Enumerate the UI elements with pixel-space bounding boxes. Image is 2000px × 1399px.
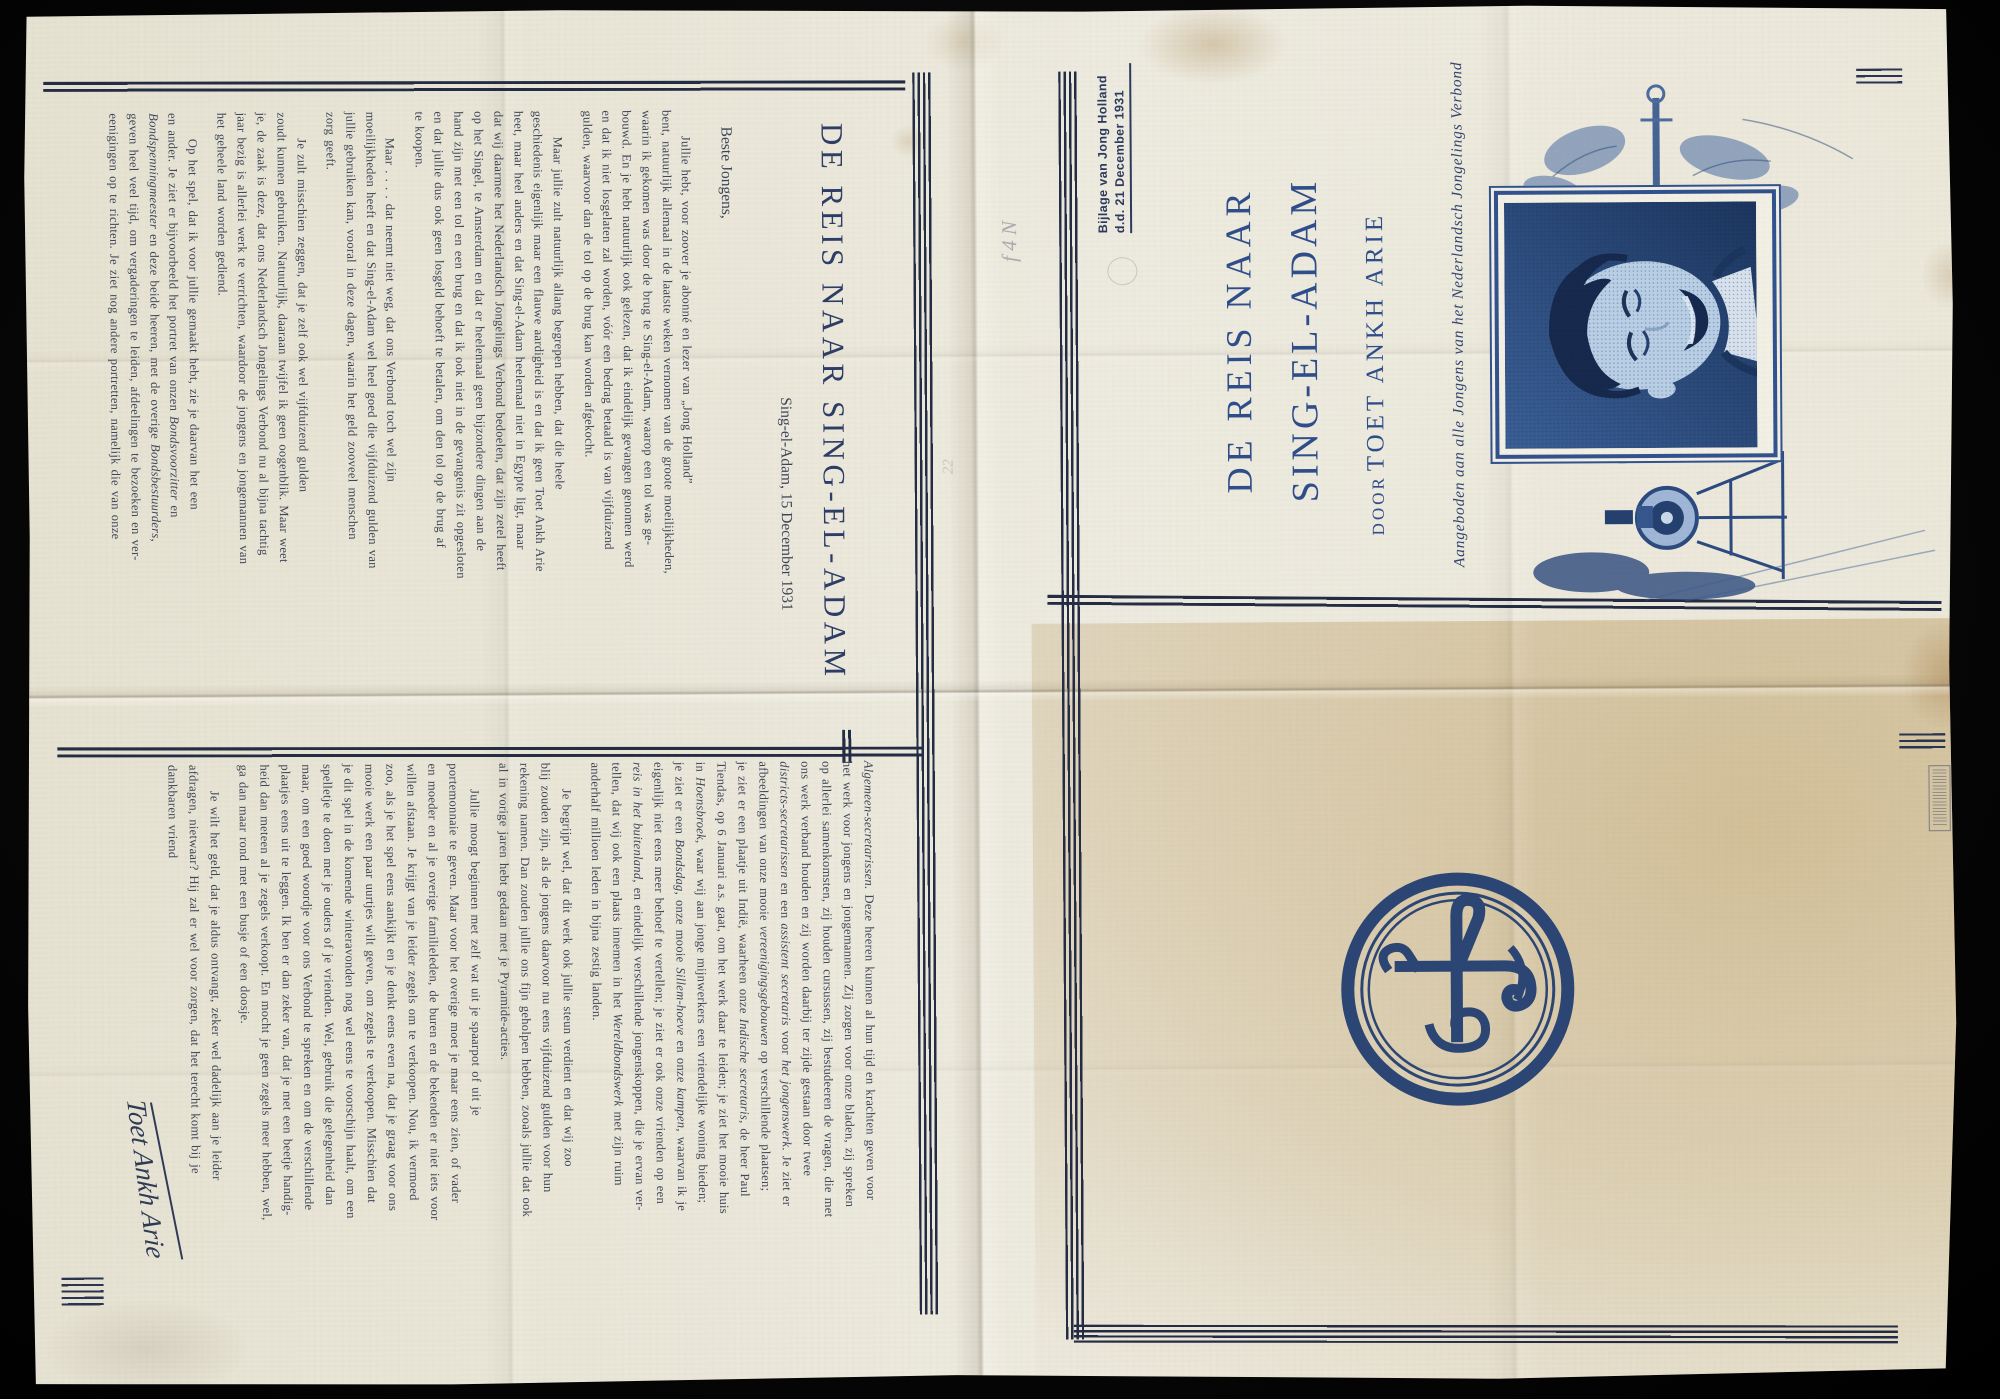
letter-line: anderhalf millioen leden in bijna zestig… <box>584 762 608 1258</box>
letter-line: waarin ik gekomen was door de brug te Si… <box>636 110 659 636</box>
frame-corner-mark-right-middle <box>1899 733 1945 752</box>
letter-line: Algemeen-secretarissen. Deze heeren kunn… <box>857 761 881 1257</box>
frame-rule-left-top <box>43 80 905 92</box>
letter-line: op het Singel, te Amsterdam en dat er he… <box>468 111 491 637</box>
signature-block: Toet Ankh Arie <box>104 1099 179 1319</box>
cover-byline-block: DOOR TOET ANKH ARIE <box>1361 195 1411 551</box>
letter-line: willen afstaan. Je krijgt van je leider … <box>400 763 424 1259</box>
frame-rule-left-divider <box>57 747 923 758</box>
cover-stamp-block: Bijlage van Jong Holland d.d. 21 Decembe… <box>1094 63 1151 233</box>
letter-line: ga dan maar rond met een busje of een do… <box>232 765 256 1261</box>
letter-page2-text: Algemeen-secretarissen. Deze heeren kunn… <box>156 761 881 1261</box>
pencil-number-block: 22 <box>940 440 962 474</box>
stamp-line1: Bijlage van Jong Holland <box>1094 63 1112 233</box>
letter-line: in Hoensbroek, waar wij aan jonge mijnwe… <box>689 762 713 1258</box>
letter-line: afbeeldingen van onze mooie vereenigings… <box>752 761 776 1257</box>
letter-line: Je zult misschien zeggen, dat je zelf oo… <box>290 112 313 638</box>
letter-line: hand zijn met een tol en een brug en dat… <box>448 111 471 637</box>
letter-heading-block: DE REIS NAAR SING-EL-ADAM <box>806 123 857 631</box>
letter-line: portemonnaie te geven. Maar voor het ove… <box>442 763 466 1259</box>
letter-line: spelletje te doen met je ouders of je vr… <box>316 764 340 1260</box>
letter-line: afdragen, nietwaar? Hij zal er wel voor … <box>182 765 206 1261</box>
letter-line: jullie gebruiken kan, vooral in deze dag… <box>339 112 362 638</box>
letter-line: je, de zaak is deze, dat ons Nederlandsc… <box>251 112 274 638</box>
letter-line: Maar jullie zult natuurlijk allang begre… <box>547 111 570 637</box>
letter-line: Bondspenningmeester en deze beide heeren… <box>142 113 165 639</box>
letter-line: bent, natuurlijk allemaal in de laatste … <box>655 110 678 636</box>
pencil-price-mark: f 4 N <box>997 170 1042 262</box>
letter-line: heet, maar heel anders en dat Sing-el-Ad… <box>507 111 530 637</box>
letter-line: bouwd. En je hebt natuurlijk ook gelezen… <box>616 110 639 636</box>
cover-title-line2: SING-EL-ADAM <box>1270 116 1339 564</box>
letter-line: plaatjes eens uit te leggen. Ik ben er d… <box>274 764 298 1260</box>
letter-line: zoudt kunnen gebruiken. Natuurlijk, daar… <box>270 112 293 638</box>
letter-line: Op het spel, dat ik voor jullie gemaakt … <box>182 113 205 639</box>
letter-dateline: Sing-el-Adam, 15 December 1931 <box>759 397 795 619</box>
letter-line: jaar bezig is allerlei werk te verrichte… <box>231 113 254 639</box>
cover-title-line1: DE REIS NAAR <box>1204 116 1273 564</box>
letter-line: en ander. Je ziet er bijvoorbeeld het po… <box>162 113 185 639</box>
letter-line: en moeder en al je overige familieleden,… <box>421 763 445 1259</box>
frame-rule-left-vertical-group <box>912 72 940 1314</box>
pencil-number: 22 <box>940 440 962 474</box>
letter-line: districts-secretarissen en een assistent… <box>773 761 797 1257</box>
letter-page1-block: Jullie hebt, voor zoover je abonné en le… <box>92 110 707 640</box>
njv-monogram <box>1383 900 1532 1049</box>
cover-title-block: DE REIS NAAR SING-EL-ADAM <box>1198 116 1353 565</box>
printer-imprint-stamp <box>1928 765 1950 831</box>
letter-line: Je begrijpt wel, dat dit werk ook jullie… <box>555 763 579 1259</box>
cover-portrait-frame <box>1489 194 1773 464</box>
stain <box>923 12 1003 72</box>
letter-line: het geheele land worden gediend. <box>211 113 234 639</box>
letter-line: zoo, als je het spel eens aankijkt en je… <box>379 764 403 1260</box>
letter-line: blij zouden zijn, als de jongens daarvoo… <box>534 763 558 1259</box>
header-end-rule <box>842 730 851 763</box>
letter-line: eigenlijk niet eens meer behoef te verte… <box>647 762 671 1258</box>
letter-line: rekening namen. Dan zouden jullie ons fi… <box>513 763 537 1259</box>
letter-line: Jullie hebt, voor zoover je abonné en le… <box>675 110 698 636</box>
letter-line: eenigingen op te richten. Je ziet nog an… <box>103 113 126 639</box>
letter-line: Maar . . . . dat neemt niet weg, dat ons… <box>379 112 402 638</box>
byline-prefix: DOOR <box>1369 475 1388 535</box>
letter-line: geschiedenis eigenlijk maar een flauwe a… <box>527 111 550 637</box>
letter-line: het werk voor jongens en jongemannen. Zi… <box>836 761 860 1257</box>
letter-line: dat wij daarmee het Nederlandsch Jongeli… <box>487 111 510 637</box>
letter-line: moeilijkheden heeft en dat Sing-el-Adam … <box>359 112 382 638</box>
letter-line: Je wilt het geld, dat je aldus ontvangt,… <box>203 765 227 1261</box>
stain <box>1138 4 1288 85</box>
letter-line: je ziet er een Bondsdag, onze mooie Sill… <box>668 762 692 1258</box>
cover-dedication-block: Aangeboden aan alle Jongens van het Nede… <box>1448 65 1493 567</box>
letter-heading: DE REIS NAAR SING-EL-ADAM <box>801 123 857 631</box>
byline-name: TOET ANKH ARIE <box>1361 212 1390 471</box>
letter-line: Tiendas, op 6 Januari a.s. gaat, om het … <box>710 762 734 1258</box>
pencil-annotation-block: f 4 N <box>997 170 1042 262</box>
cover-dedication: Aangeboden aan alle Jongens van het Nede… <box>1448 65 1493 567</box>
frame-rule-right-bottom-group <box>1074 1325 1898 1344</box>
njv-logo <box>1334 867 1581 1112</box>
letter-line: gulden, waarvoor dan de tol op de brug k… <box>576 110 599 636</box>
letter-line: reis in het buitenland, en eindelijk ver… <box>626 762 650 1258</box>
letter-line: op allerlei samenkomsten, zij houden cur… <box>815 761 839 1257</box>
letter-line: maar, om een goed woordje voor ons Verbo… <box>295 764 319 1260</box>
letter-line: ons werk verband houden en zij worden da… <box>794 761 818 1257</box>
letter-line: heid dan meteen al je zegels verkoopt. E… <box>253 764 277 1260</box>
letter-line: je ziet er een plaatje uit Indië, waarhe… <box>731 761 755 1257</box>
stamp-line2: d.d. 21 December 1931 <box>1111 63 1132 233</box>
letter-page2-block: Algemeen-secretarissen. Deze heeren kunn… <box>156 761 881 1261</box>
letter-page1-text: Jullie hebt, voor zoover je abonné en le… <box>92 110 707 640</box>
letter-line: Jullie moogt beginnen met zelf wat uit j… <box>463 763 487 1259</box>
letter-line: en dat ik niet losgelaten zal worden, vó… <box>596 110 619 636</box>
unfolded-paper-sheet: DE REIS NAAR SING-EL-ADAM Sing-el-Adam, … <box>18 0 1964 1394</box>
boy-portrait <box>1504 201 1757 449</box>
letter-line: en dat jullie dus ook geen losgeld behoe… <box>428 111 451 637</box>
letter-line: geven heel veel tijd, om vergaderingen t… <box>122 113 145 639</box>
letter-line: al in vorige jaren hebt gedaan met je Py… <box>492 763 516 1259</box>
photograph-of-document: DE REIS NAAR SING-EL-ADAM Sing-el-Adam, … <box>0 0 2000 1399</box>
pencil-circle-mark <box>1107 257 1137 285</box>
letter-line: mooie werk een paar uurtjes wilt geven, … <box>358 764 382 1260</box>
frame-corner-mark-bottom-left <box>62 1277 104 1305</box>
letter-dateline-block: Sing-el-Adam, 15 December 1931 <box>759 397 795 619</box>
letter-line: je dit spel in de komende winteravonden … <box>337 764 361 1260</box>
letter-line: tellen, dat wij ook een plaats innemen i… <box>605 762 629 1258</box>
letter-line: te koopen. <box>408 111 431 637</box>
